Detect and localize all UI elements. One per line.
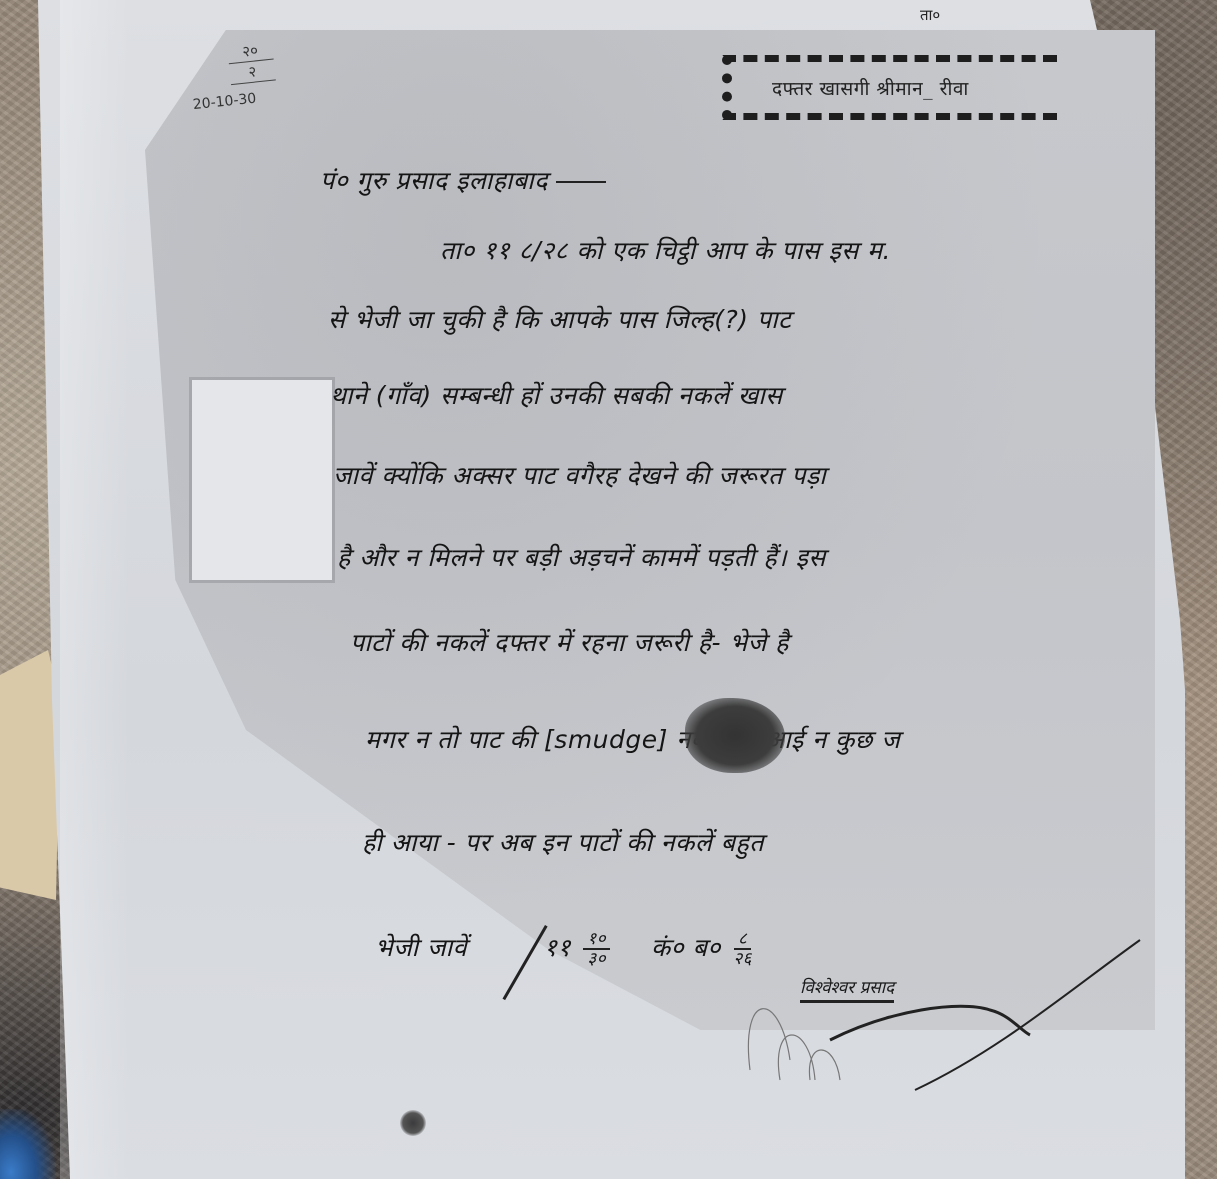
body-line-6: पाटों की नकलें दफ्तर में रहना जरूरी है- … <box>350 625 789 659</box>
pasted-white-patch <box>192 380 332 580</box>
closing-day: ११ <box>544 933 571 962</box>
body-line-2: से भेजी जा चुकी है कि आपके पास जिल्ह(?) … <box>328 302 791 336</box>
paper-highlight <box>60 0 130 1179</box>
body-line-1: ता० ११ ८/२८ को एक चिट्ठी आप के पास इस म. <box>440 233 891 267</box>
body-line-5: है और न मिलने पर बड़ी अड़चनें काममें पड़… <box>337 540 826 574</box>
signature-flourish <box>740 930 1160 1110</box>
punch-hole-mark <box>400 1110 426 1136</box>
closing-text: भेजी जावें <box>375 933 467 962</box>
body-line-7: मगर न तो पाट की [smudge] नकलें ही आई न क… <box>365 722 900 756</box>
closing-suffix: कं० ब० <box>651 933 721 962</box>
letterhead-stamp: दफ्तर खासगी श्रीमान_ रीवा <box>722 55 1057 120</box>
date-label: ता० <box>920 5 940 25</box>
letterhead-text: दफ्तर खासगी श्रीमान_ रीवा <box>772 75 969 101</box>
closing-line: भेजी जावें ११ १० ३० कं० ब० ८ २६ <box>375 930 756 968</box>
blue-cloth-corner <box>0 1109 55 1179</box>
body-line-8: ही आया - पर अब इन पाटों की नकलें बहुत <box>362 825 764 859</box>
closing-date-fraction: १० ३० <box>583 930 610 968</box>
body-line-3: थाने (गाँव) सम्बन्धी हों उनकी सबकी नकलें… <box>330 378 783 412</box>
ink-smudge <box>685 698 785 773</box>
salutation: पं० गुरु प्रसाद इलाहाबाद <box>320 163 606 197</box>
margin-note-sub-number: २ <box>229 59 276 85</box>
body-line-4: जावें क्योंकि अक्सर पाट वगैरह देखने की ज… <box>333 458 826 492</box>
